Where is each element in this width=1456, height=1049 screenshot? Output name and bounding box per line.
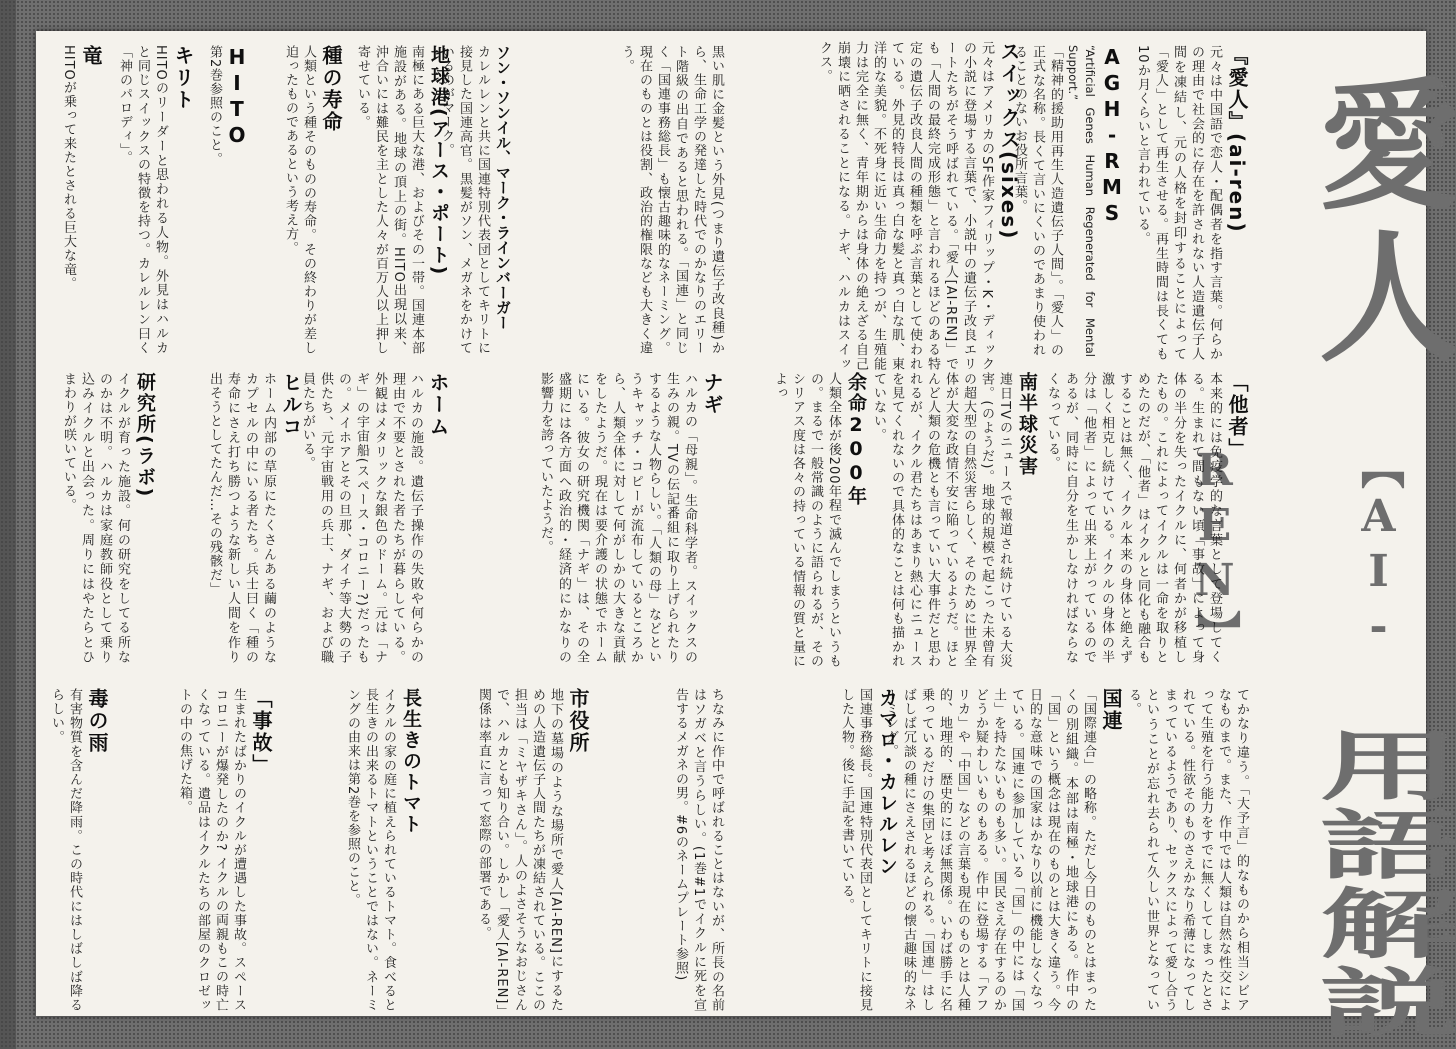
entry-kokuren-body: 「国際連合」の略称。ただし今日のものとはまったくの別組織。本部は南極・地球港にあ… — [881, 688, 1097, 1012]
entry-ryu-heading: 竜 — [77, 45, 104, 355]
entry-shiyakusho: 市役所 地下の墓場のような場所で愛人[AI-REN]にするための人造遺伝子人間た… — [428, 688, 591, 1012]
entry-carellen: カマロ・カレルレン 国連事務総長。国連特別代表団としてキリトに接見した人物。後に… — [786, 688, 900, 1012]
entry-tasha-body: 本来的には免疫学的な言葉として登場してくる。生まれて間もない頃「事故」によって身… — [1043, 372, 1223, 664]
entry-tasha: 「他者」 本来的には免疫学的な言葉として登場してくる。生まれて間もない頃「事故」… — [1046, 372, 1250, 664]
entry-tomato-heading: 長生きのトマト — [397, 688, 424, 1012]
entry-tomato-body: イクルの家の庭に植えられているトマト。食べると長生きの出来るトマトということでは… — [343, 688, 397, 1012]
entry-nanhankyu-yomei: 南半球災害 連日TVのニュースで報道され続けている大災害。(のようだ)。地球的規… — [748, 372, 1040, 668]
scan-edge-shadow — [0, 0, 16, 1049]
entry-doku-heading: 毒の雨 — [83, 688, 110, 1012]
entry-airen-heading: 『愛人』(ai-ren) — [1223, 45, 1250, 361]
entry-jiko-heading: 「事故」 — [247, 688, 274, 1012]
page-title-kanji-top: 愛人 — [1296, 65, 1456, 381]
entry-shiyakusho-heading: 市役所 — [564, 688, 591, 1012]
entry-lab-heading: 研究所(ラボ) — [131, 372, 158, 664]
entry-carellen-body-part2: 黒い肌に金髪という外見(つまり遺伝子改良種)から、生命工学の発達した時代でのかな… — [617, 45, 725, 355]
entry-tomato: 長生きのトマト イクルの家の庭に植えられているトマト。食べると長生きの出来るトマ… — [278, 688, 424, 1012]
entry-carellen-heading: カマロ・カレルレン — [873, 688, 900, 1012]
entry-kirito: キリト HITOのリーダーと思われる人物。外見はハルカと同じスイックスの特徴を持… — [108, 45, 196, 355]
entry-agh-rms-heading: AGH-RMS — [1098, 45, 1125, 357]
entry-lab-body-part2: ちなみに作中で呼ばれることはないが、所長の名前はソガベと言うらしい。(1巻#1で… — [671, 688, 725, 1012]
entry-shiyakusho-body: 地下の墓場のような場所で愛人[AI-REN]にするための人造遺伝子人間たちが凍結… — [474, 688, 564, 1012]
entry-son-mark: ソン・ソンイル、マーク・ラインバーガー カレルレンと共に国連特別代表団としてキリ… — [444, 45, 514, 355]
entry-airen: 『愛人』(ai-ren) 元々は中国語で恋人・配偶者を指す言葉。何らかの理由で社… — [1128, 45, 1250, 361]
entry-nanhankyu-body: 連日TVのニュースで報道され続けている大災害。(のようだ)。地球的規模で起こった… — [869, 372, 1013, 668]
entry-species-lifespan-body: 人類という種そのものの寿命。その終わりが差し迫ったものであるという考え方。 — [281, 45, 317, 355]
entry-home-body: ハルカの施設。遺伝子操作の失敗や何らかの理由で不要とされた者たちが暮らしている。… — [298, 372, 424, 664]
entry-jiko-body: 生まれたばかりのイクルが遭遇した事故。スペースコロニーが爆発したのか? イクルの… — [175, 688, 247, 1012]
entry-lab-body-part1: イクルが育った施設。何の研究をしてる所なのかは不明。ハルカは家庭教師役として乗り… — [59, 372, 131, 664]
entry-sixes: スイックス(sixes) 元々はアメリカのSF作家フィリップ・K・ディックの小説… — [722, 41, 1022, 371]
entry-kokuren: 国連 「国際連合」の略称。ただし今日のものとはまったくの別組織。本部は南極・地球… — [904, 688, 1124, 1012]
entry-nagi: ナギ ハルカの「母親」。生命科学者。スイックスの生みの親。TVの伝記番組に取り上… — [455, 372, 725, 664]
entry-earthport-heading: 地球港(アース・ポート) — [425, 45, 452, 355]
entry-yomei-body-part1: 人類全体が後200年程で滅んでしまうというもの。まるで一般常識のように語られるが… — [770, 372, 842, 668]
entry-ryu: 竜 HITOが乗って来たとされる巨大な竜。 — [46, 45, 104, 355]
entry-doku-body: 有害物質を含んだ降雨。この時代にはしばしば降るらしい。 — [47, 688, 83, 1012]
entry-hiruko: ヒルコ ホーム内部の草原にたくさんある繭のようなカプセルの中にいる者たち。兵士曰… — [162, 372, 304, 664]
entry-tasha-heading: 「他者」 — [1223, 372, 1250, 664]
title-bracket-open: 【 — [1353, 445, 1404, 491]
entry-yomei-body-part2: てかなり違う。「大予言」的なものから相当シビアなものまで。また、作中では人類は自… — [1124, 688, 1250, 1012]
page-title-roman: 【AI-REN】 — [1296, 387, 1456, 713]
entry-jiko: 「事故」 生まれたばかりのイクルが遭遇した事故。スペースコロニーが爆発したのか?… — [112, 688, 274, 1012]
scanned-glossary-page: { "title": { "kanji_top": "愛人", "bracket… — [0, 0, 1456, 1049]
entry-kirito-body: HITOのリーダーと思われる人物。外見はハルカと同じスイックスの特徴を持つ。カレ… — [115, 45, 169, 355]
entry-doku: 毒の雨 有害物質を含んだ降雨。この時代にはしばしば降るらしい。 — [40, 688, 110, 1012]
entry-earthport: 地球港(アース・ポート) 南極にある巨大な港、およびその一帯。国連本部施設がある… — [348, 45, 452, 355]
entry-yomei-heading: 余命200年 — [842, 372, 869, 668]
entry-home: ホーム ハルカの施設。遺伝子操作の失敗や何らかの理由で不要とされた者たちが暮らし… — [308, 372, 451, 664]
entry-agh-rms: AGH-RMS “Artificial Genes Human Regenera… — [1026, 45, 1125, 357]
entry-sixes-body: 元々はアメリカのSF作家フィリップ・K・ディックの小説に登場する言葉で、小説中の… — [815, 41, 995, 371]
entry-species-lifespan: 種の寿命 人類という種そのものの寿命。その終わりが差し迫ったものであるという考え… — [254, 45, 344, 355]
title-kanji-bottom-text: 用語解説 — [1226, 726, 1456, 1042]
entry-lab-continued: ちなみに作中で呼ばれることはないが、所長の名前はソガベと言うらしい。(1巻#1で… — [595, 688, 725, 1012]
entry-home-heading: ホーム — [424, 372, 451, 664]
magazine-page: 愛人 【AI-REN】 用語解説 『愛人』(ai-ren) 元々は中国語で恋人・… — [36, 31, 1426, 1016]
entry-species-lifespan-heading: 種の寿命 — [317, 45, 344, 355]
entry-airen-body: 元々は中国語で恋人・配偶者を指す言葉。何らかの理由で社会的に存在を許されない人造… — [1133, 45, 1223, 361]
entry-nagi-heading: ナギ — [698, 372, 725, 664]
entry-yomei-continued: てかなり違う。「大予言」的なものから相当シビアなものまで。また、作中では人類は自… — [1128, 688, 1250, 1012]
entry-kokuren-heading: 国連 — [1097, 688, 1124, 1012]
entry-carellen-body-part1: 国連事務総長。国連特別代表団としてキリトに接見した人物。後に手記を書いている。 — [837, 688, 873, 1012]
entry-hito-body: 第2巻参照のこと。 — [205, 45, 223, 355]
entry-son-mark-heading: ソン・ソンイル、マーク・ラインバーガー — [491, 45, 514, 355]
entry-ryu-body: HITOが乗って来たとされる巨大な竜。 — [59, 45, 77, 355]
entry-agh-rms-english: “Artificial Genes Human Regenerated for … — [1064, 45, 1098, 357]
entry-kirito-heading: キリト — [169, 45, 196, 355]
entry-lab: 研究所(ラボ) イクルが育った施設。何の研究をしてる所なのかは不明。ハルカは家庭… — [40, 372, 158, 664]
entry-earthport-body: 南極にある巨大な港、およびその一帯。国連本部施設がある。地球の頂上の街。HITO… — [353, 45, 425, 355]
entry-nanhankyu-heading: 南半球災害 — [1013, 372, 1040, 668]
entry-hito-heading: HITO — [223, 45, 250, 355]
entry-nagi-body: ハルカの「母親」。生命科学者。スイックスの生みの親。TVの伝記番組に取り上げられ… — [536, 372, 698, 664]
entry-hiruko-body: ホーム内部の草原にたくさんある繭のようなカプセルの中にいる者たち。兵士曰く「種の… — [205, 372, 277, 664]
entry-sixes-heading: スイックス(sixes) — [995, 41, 1022, 371]
page-title-kanji-bottom: 用語解説 — [1296, 723, 1456, 1045]
entry-hito: HITO 第2巻参照のこと。 — [200, 45, 250, 355]
entry-carellen-continued: 黒い肌に金髪という外見(つまり遺伝子改良種)から、生命工学の発達した時代でのかな… — [518, 45, 725, 355]
entry-hiruko-heading: ヒルコ — [277, 372, 304, 664]
